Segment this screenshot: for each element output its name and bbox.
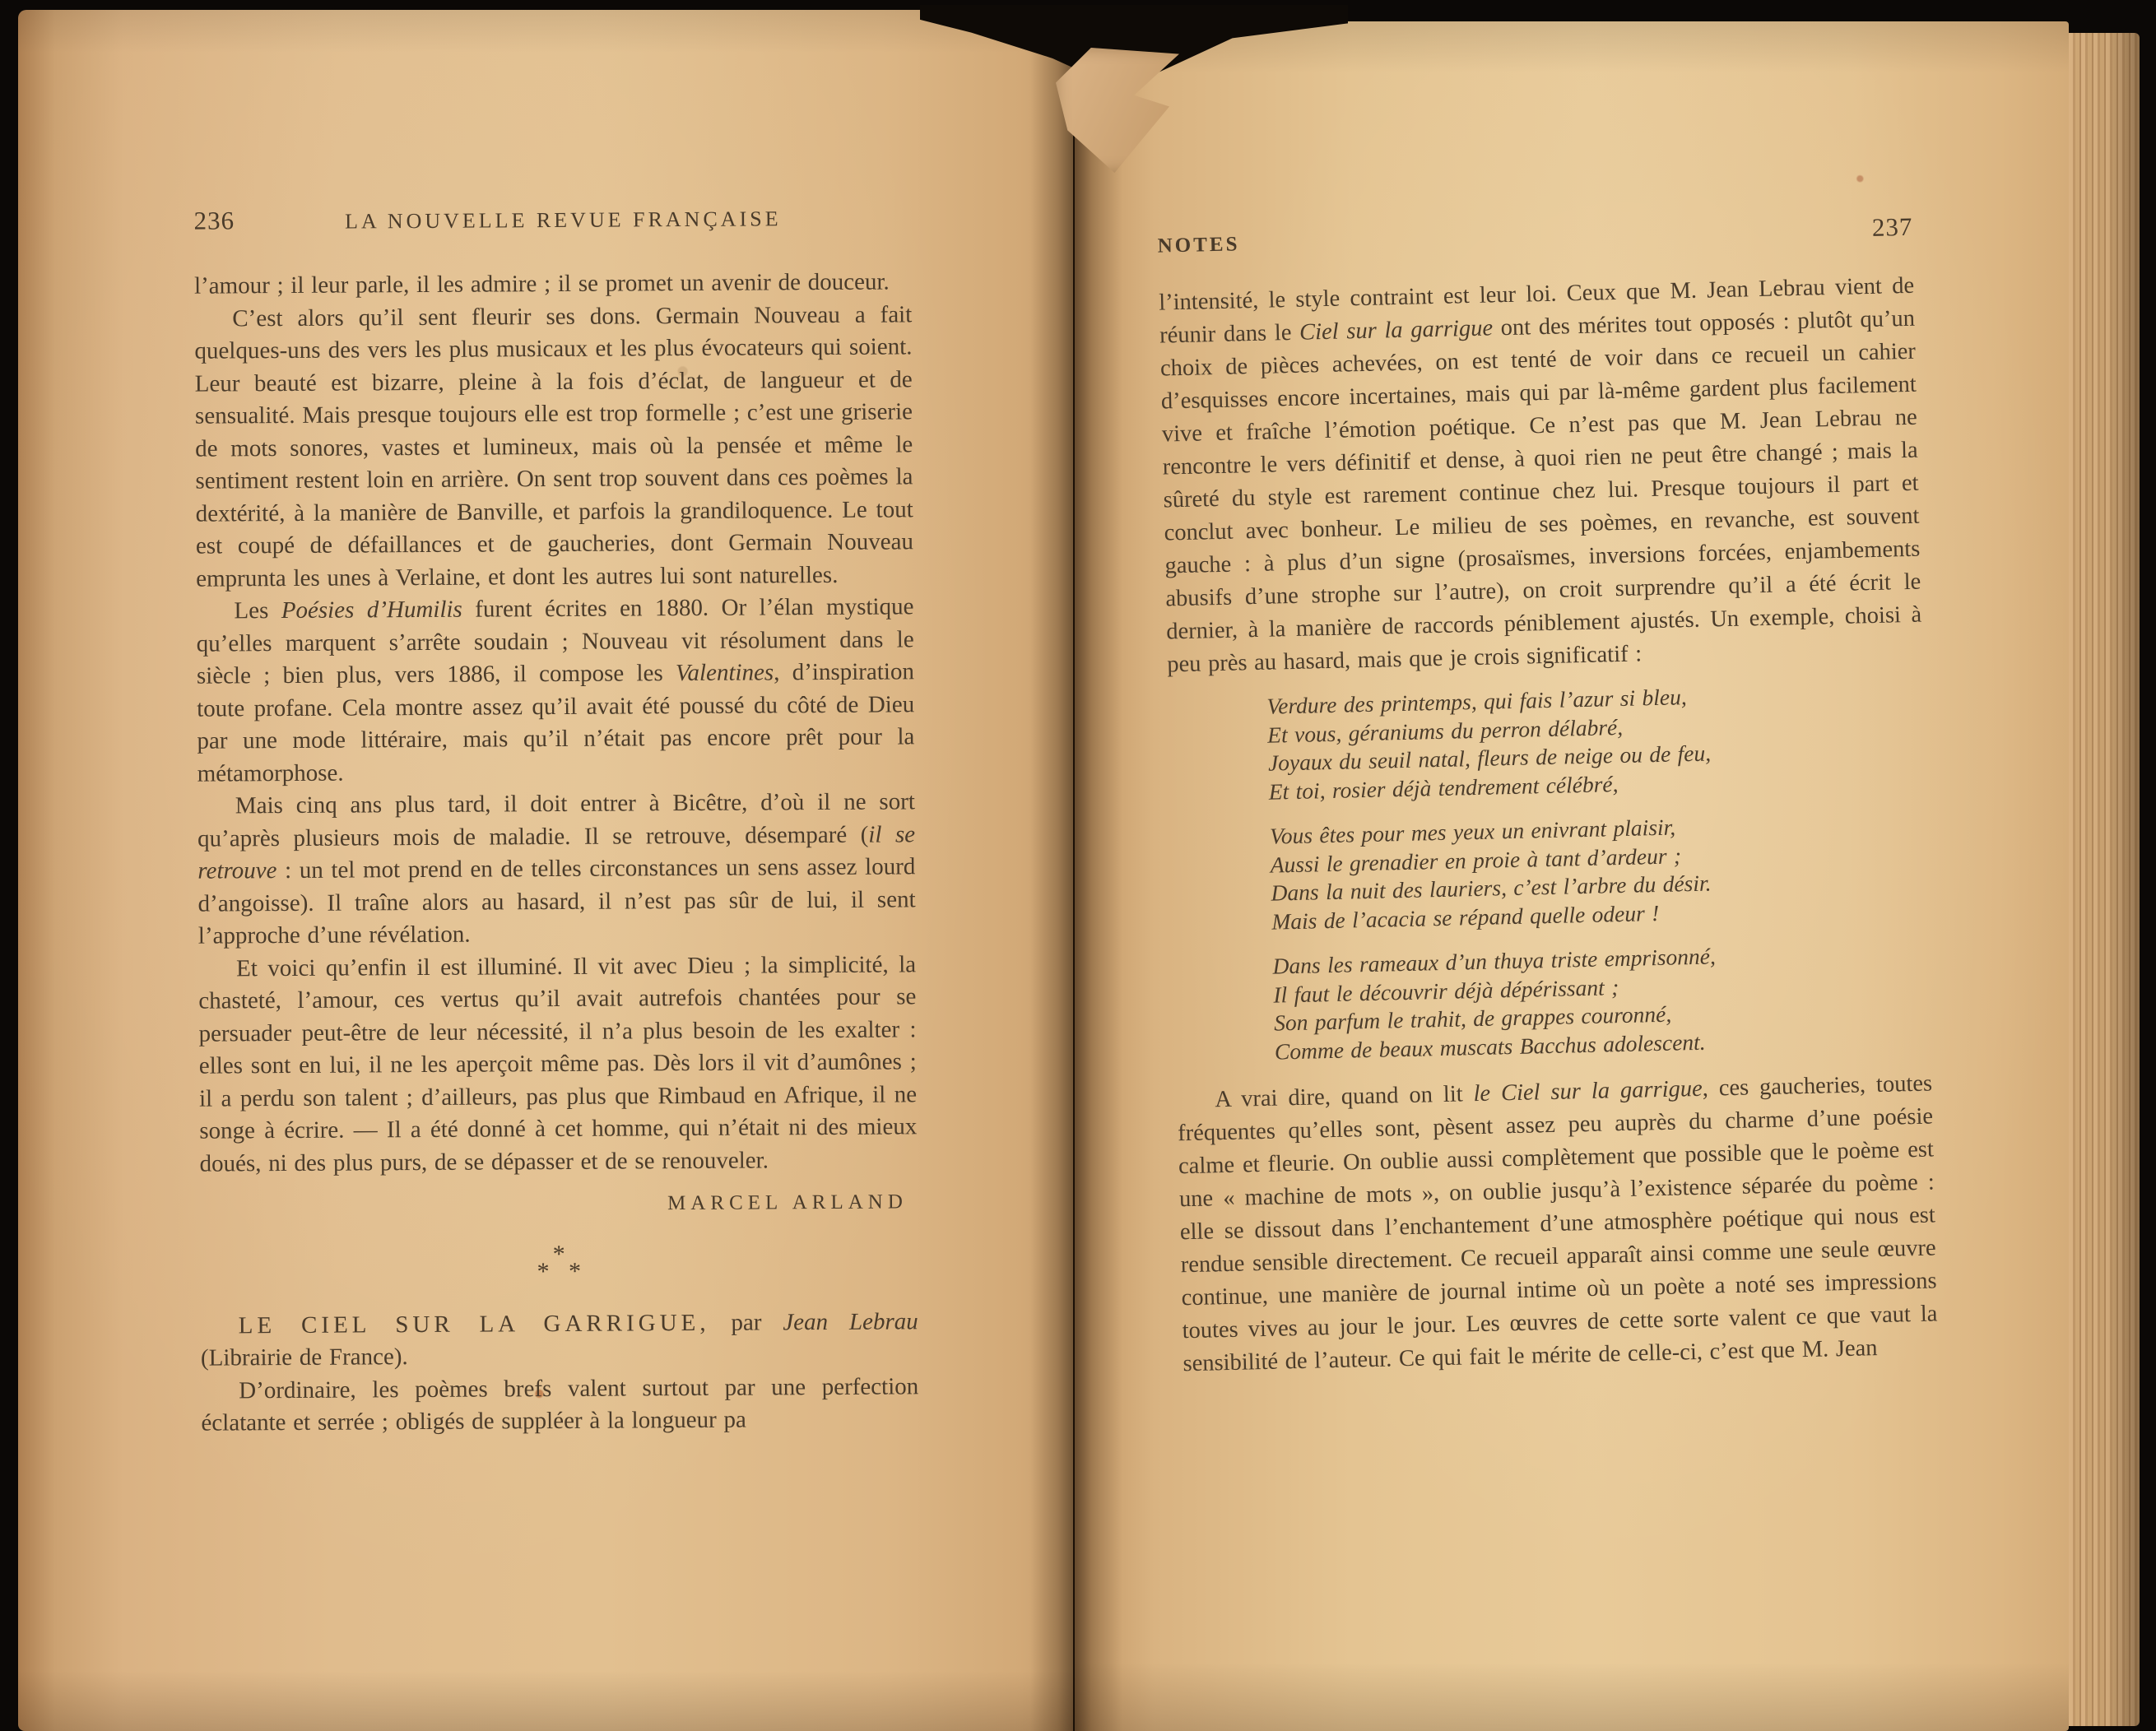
paragraph: l’amour ; il leur parle, il les admire ;… [194, 266, 912, 303]
left-page-body: l’amour ; il leur parle, il les admire ;… [194, 266, 919, 1440]
left-page-header: 236 LA NOUVELLE REVUE FRANÇAISE [193, 202, 911, 235]
poem-stanza: Dans les rameaux d’un thuya triste empri… [1272, 938, 1931, 1066]
review-heading: LE CIEL SUR LA GARRIGUE, par Jean Lebrau [201, 1306, 918, 1343]
asterism-divider: * * * [200, 1243, 918, 1282]
right-page-number: 237 [1872, 212, 1913, 243]
paragraph: C’est alors qu’il sent fleurir ses dons.… [194, 299, 913, 596]
right-page-body: l’intensité, le style contraint est leur… [1159, 270, 1939, 1381]
quoted-poem: Verdure des printemps, qui fais l’azur s… [1266, 678, 1931, 1066]
poem-stanza: Verdure des printemps, qui fais l’azur s… [1266, 678, 1926, 806]
paragraph: Les Poésies d’Humilis furent écrites en … [196, 591, 914, 790]
author-signature: MARCEL ARLAND [200, 1186, 918, 1223]
paragraph: (Librairie de France). [201, 1338, 918, 1375]
paragraph: Mais cinq ans plus tard, il doit entrer … [197, 786, 916, 953]
book-photo: 236 LA NOUVELLE REVUE FRANÇAISE l’amour … [0, 0, 2156, 1731]
paragraph: l’intensité, le style contraint est leur… [1159, 270, 1923, 682]
running-title: LA NOUVELLE REVUE FRANÇAISE [235, 206, 912, 234]
asterism-bottom: * * [200, 1260, 918, 1282]
paragraph: A vrai dire, quand on lit le Ciel sur la… [1177, 1067, 1939, 1381]
paragraph: D’ordinaire, les poèmes brefs valent sur… [201, 1371, 918, 1440]
page-stack-fore-edge [2069, 33, 2140, 1726]
review-text-after-poem: A vrai dire, quand on lit le Ciel sur la… [1177, 1067, 1939, 1381]
left-page: 236 LA NOUVELLE REVUE FRANÇAISE l’amour … [193, 202, 918, 1440]
poem-stanza: Vous êtes pour mes yeux un enivrant plai… [1270, 808, 1929, 936]
left-page-number: 236 [193, 206, 235, 235]
review-lebrau-start: LE CIEL SUR LA GARRIGUE, par Jean Lebrau… [201, 1306, 919, 1440]
paragraph: Et voici qu’enfin il est illuminé. Il vi… [198, 949, 918, 1181]
review-text-before-poem: l’intensité, le style contraint est leur… [1159, 270, 1923, 682]
running-title-notes: NOTES [1157, 233, 1239, 258]
note-arland-text: l’amour ; il leur parle, il les admire ;… [194, 266, 918, 1180]
book-gutter-shadow [1030, 10, 1122, 1731]
right-page: NOTES 237 l’intensité, le style contrain… [1157, 212, 1939, 1381]
